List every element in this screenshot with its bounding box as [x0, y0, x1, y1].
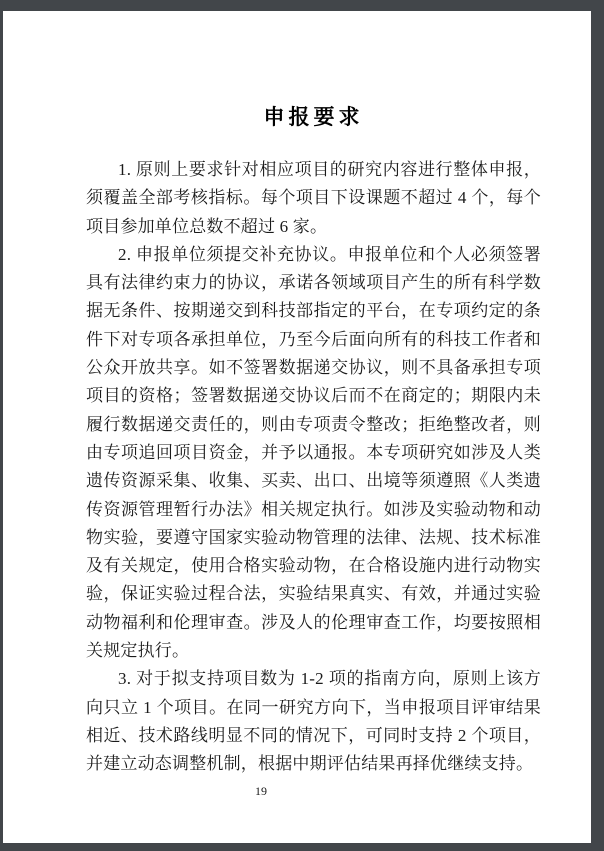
text-line: 传资源管理暂行办法》相关规定执行。如涉及实验动物和动: [86, 496, 541, 524]
text-line: 物实验，要遵守国家实验动物管理的法律、法规、技术标准: [86, 524, 541, 552]
text-line: 验，保证实验过程合法，实验结果真实、有效，并通过实验: [86, 580, 541, 608]
text-line: 履行数据递交责任的，则由专项责令整改；拒绝整改者，则: [86, 411, 541, 439]
paragraph: 1. 原则上要求针对相应项目的研究内容进行整体申报，须覆盖全部考核指标。每个项目…: [86, 156, 541, 241]
page-number: 19: [255, 783, 267, 799]
page-title: 申报要求: [86, 104, 541, 130]
text-line: 关规定执行。: [86, 637, 541, 665]
text-line: 动物福利和伦理审查。涉及人的伦理审查工作，均要按照相: [86, 609, 541, 637]
text-line: 3. 对于拟支持项目数为 1-2 项的指南方向，原则上该方: [86, 665, 541, 693]
text-line: 件下对专项各承担单位，乃至今后面向所有的科技工作者和: [86, 326, 541, 354]
text-line: 向只立 1 个项目。在同一研究方向下，当申报项目评审结果: [86, 694, 541, 722]
document-body: 1. 原则上要求针对相应项目的研究内容进行整体申报，须覆盖全部考核指标。每个项目…: [86, 156, 541, 779]
paragraph: 3. 对于拟支持项目数为 1-2 项的指南方向，原则上该方向只立 1 个项目。在…: [86, 665, 541, 778]
text-line: 1. 原则上要求针对相应项目的研究内容进行整体申报，: [86, 156, 541, 184]
text-line: 遗传资源采集、收集、买卖、出口、出境等须遵照《人类遗: [86, 467, 541, 495]
text-line: 及有关规定，使用合格实验动物，在合格设施内进行动物实: [86, 552, 541, 580]
paragraph: 2. 申报单位须提交补充协议。申报单位和个人必须签署具有法律约束力的协议，承诺各…: [86, 241, 541, 665]
document-page: 申报要求 1. 原则上要求针对相应项目的研究内容进行整体申报，须覆盖全部考核指标…: [3, 11, 591, 843]
pdf-viewer-background: { "document": { "title": "申报要求", "page_n…: [0, 0, 604, 851]
text-line: 2. 申报单位须提交补充协议。申报单位和个人必须签署: [86, 241, 541, 269]
text-line: 据无条件、按期递交到科技部指定的平台，在专项约定的条: [86, 297, 541, 325]
text-line: 公众开放共享。如不签署数据递交协议，则不具备承担专项: [86, 354, 541, 382]
text-line: 并建立动态调整机制，根据中期评估结果再择优继续支持。: [86, 750, 541, 778]
text-line: 具有法律约束力的协议，承诺各领域项目产生的所有科学数: [86, 269, 541, 297]
text-line: 须覆盖全部考核指标。每个项目下设课题不超过 4 个，每个: [86, 184, 541, 212]
text-line: 项目的资格；签署数据递交协议后而不在商定的；期限内未: [86, 382, 541, 410]
text-line: 相近、技术路线明显不同的情况下，可同时支持 2 个项目，: [86, 722, 541, 750]
text-line: 由专项追回项目资金，并予以通报。本专项研究如涉及人类: [86, 439, 541, 467]
text-line: 项目参加单位总数不超过 6 家。: [86, 213, 541, 241]
